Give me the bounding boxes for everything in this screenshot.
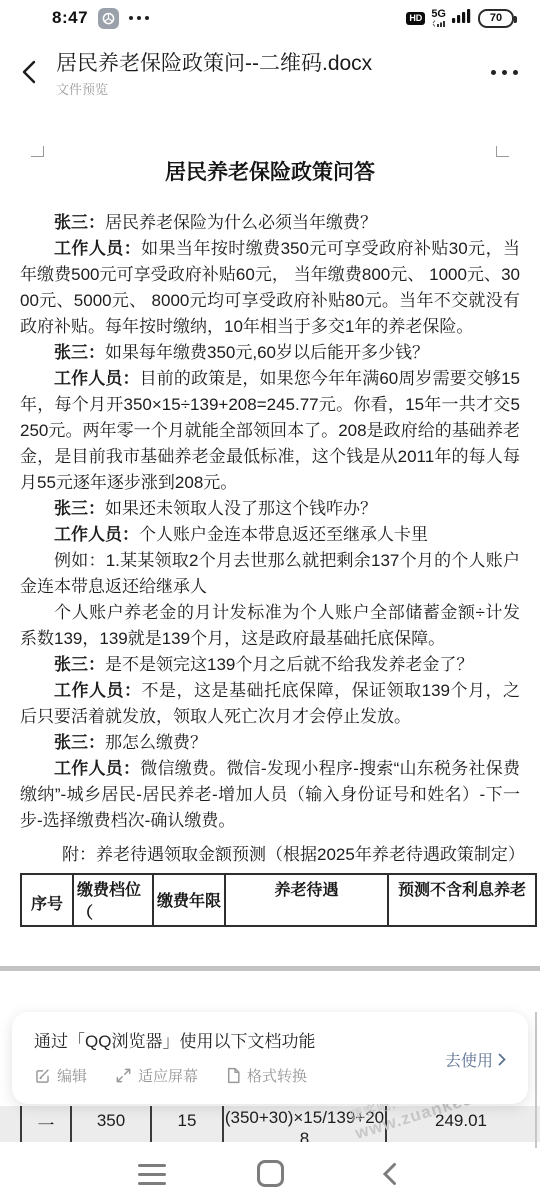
battery-icon: 70 xyxy=(478,9,514,28)
page-edge-line xyxy=(535,1012,537,1148)
row-years-cell: 15 xyxy=(150,1106,222,1142)
table-header-cell: 预测不含利息养老 xyxy=(387,875,535,925)
hd-badge: HD xyxy=(406,12,425,25)
table-header-cell: 缴费档位（ xyxy=(72,875,152,925)
doc-paragraph: 例如：1.某某领取2个月去世那么就把剩余137个月的个人账户金连本带息返还给继承… xyxy=(20,548,520,600)
speaker-label: 张三： xyxy=(54,499,105,518)
doc-paragraph: 张三：如果还未领取人没了那这个钱咋办？ xyxy=(20,496,520,522)
doc-paragraph: 个人账户养老金的月计发标准为个人账户全部储蓄金额÷计发系数139，139就是13… xyxy=(20,600,520,652)
nav-home-button[interactable] xyxy=(257,1160,284,1187)
speaker-label: 张三： xyxy=(54,733,105,752)
row-tier-cell: 350 xyxy=(70,1106,150,1142)
android-nav-bar xyxy=(0,1148,540,1200)
promo-title: 通过「QQ浏览器」使用以下文档功能 xyxy=(34,1027,508,1052)
speaker-label: 工作人员： xyxy=(54,525,139,544)
speaker-label: 工作人员： xyxy=(54,681,142,700)
doc-paragraph: 工作人员：如果当年按时缴费350元可享受政府补贴30元，当年缴费500元可享受政… xyxy=(20,236,520,340)
table-row-partial: 一 350 15 (350+30)×15/139+20 8 249.01 xyxy=(0,1106,540,1142)
clock-time: 8:47 xyxy=(52,8,88,28)
table-header-cell: 养老待遇 xyxy=(224,875,387,925)
document-title: 居民养老保险政策问答 xyxy=(0,156,540,186)
fit-screen-icon xyxy=(115,1067,132,1084)
file-preview-header: 居民养老保险政策问--二维码.docx 文件预览 xyxy=(0,36,540,108)
row-index-cell: 一 xyxy=(20,1106,70,1142)
fit-screen-action[interactable]: 适应屏幕 xyxy=(115,1065,198,1086)
row-amount-cell: 249.01 xyxy=(385,1106,537,1142)
doc-paragraph: 张三：那怎么缴费？ xyxy=(20,730,520,756)
back-button[interactable] xyxy=(18,55,48,89)
page-divider xyxy=(0,966,540,971)
file-preview-label: 文件预览 xyxy=(56,79,487,98)
doc-paragraph: 工作人员：不是，这是基础托底保障，保证领取139个月，之后只要活着就发放，领取人… xyxy=(20,678,520,730)
promo-actions: 编辑 适应屏幕 格式转换 xyxy=(34,1065,508,1086)
notification-dots-icon xyxy=(129,16,149,20)
speaker-label: 工作人员： xyxy=(54,759,140,778)
nav-menu-button[interactable] xyxy=(138,1164,166,1185)
header-text: 居民养老保险政策问--二维码.docx 文件预览 xyxy=(56,47,487,98)
doc-paragraph: 张三：是不是领完这139个月之后就不给我发养老金了？ xyxy=(20,652,520,678)
table-header-cell: 缴费年限 xyxy=(152,875,224,925)
doc-paragraphs: 张三：居民养老保险为什么必须当年缴费？工作人员：如果当年按时缴费350元可享受政… xyxy=(20,210,520,834)
table-caption: 附：养老待遇领取金额预测（根据2025年养老待遇政策制定） xyxy=(20,840,520,865)
speaker-label: 工作人员： xyxy=(54,239,141,258)
status-bar: 8:47 HD 5G 70 xyxy=(0,0,540,36)
signal-bars-icon xyxy=(452,8,472,28)
speaker-label: 工作人员： xyxy=(54,369,140,388)
pension-table-header: 序号 缴费档位（ 缴费年限 养老待遇 预测不含利息养老 xyxy=(20,873,537,927)
doc-paragraph: 工作人员：微信缴费。微信-发现小程序-搜索“山东税务社保费缴纳”-城乡居民-居民… xyxy=(20,756,520,834)
more-menu-button[interactable] xyxy=(487,62,522,83)
speaker-label: 张三： xyxy=(54,213,105,232)
table-header-cell: 序号 xyxy=(22,875,72,925)
status-icons: HD 5G 70 xyxy=(406,8,514,28)
file-title: 居民养老保险政策问--二维码.docx xyxy=(56,47,487,77)
go-use-button[interactable]: 去使用 xyxy=(445,1048,506,1071)
doc-paragraph: 张三：居民养老保险为什么必须当年缴费？ xyxy=(20,210,520,236)
doc-paragraph: 张三：如果每年缴费350元,60岁以后能开多少钱？ xyxy=(20,340,520,366)
format-convert-action[interactable]: 格式转换 xyxy=(226,1065,307,1086)
document-scroll-area[interactable]: 居民养老保险政策问答 张三：居民养老保险为什么必须当年缴费？工作人员：如果当年按… xyxy=(0,108,540,968)
speaker-label: 张三： xyxy=(54,343,105,362)
format-convert-icon xyxy=(226,1067,241,1084)
phone-screen: 8:47 HD 5G 70 居民养老保险政策问--二维码.docx xyxy=(0,0,540,1200)
page-corner-mark xyxy=(31,146,44,157)
doc-paragraph: 工作人员：个人账户金连本带息返还至继承人卡里 xyxy=(20,522,520,548)
doc-paragraph: 工作人员：目前的政策是，如果您今年年满60周岁需要交够15年，每个月开350×1… xyxy=(20,366,520,496)
speaker-label: 张三： xyxy=(54,655,105,674)
edit-action[interactable]: 编辑 xyxy=(34,1065,87,1086)
chevron-right-icon xyxy=(498,1053,506,1066)
edit-icon xyxy=(34,1067,51,1084)
network-5g-icon: 5G xyxy=(431,9,446,27)
row-formula-cell: (350+30)×15/139+20 8 xyxy=(222,1106,385,1142)
screen-record-app-icon xyxy=(98,8,119,29)
qq-browser-promo-card: 通过「QQ浏览器」使用以下文档功能 编辑 适应屏幕 格式转换 去使用 xyxy=(12,1012,528,1104)
page-corner-mark xyxy=(496,146,509,157)
nav-back-button[interactable] xyxy=(382,1162,397,1191)
